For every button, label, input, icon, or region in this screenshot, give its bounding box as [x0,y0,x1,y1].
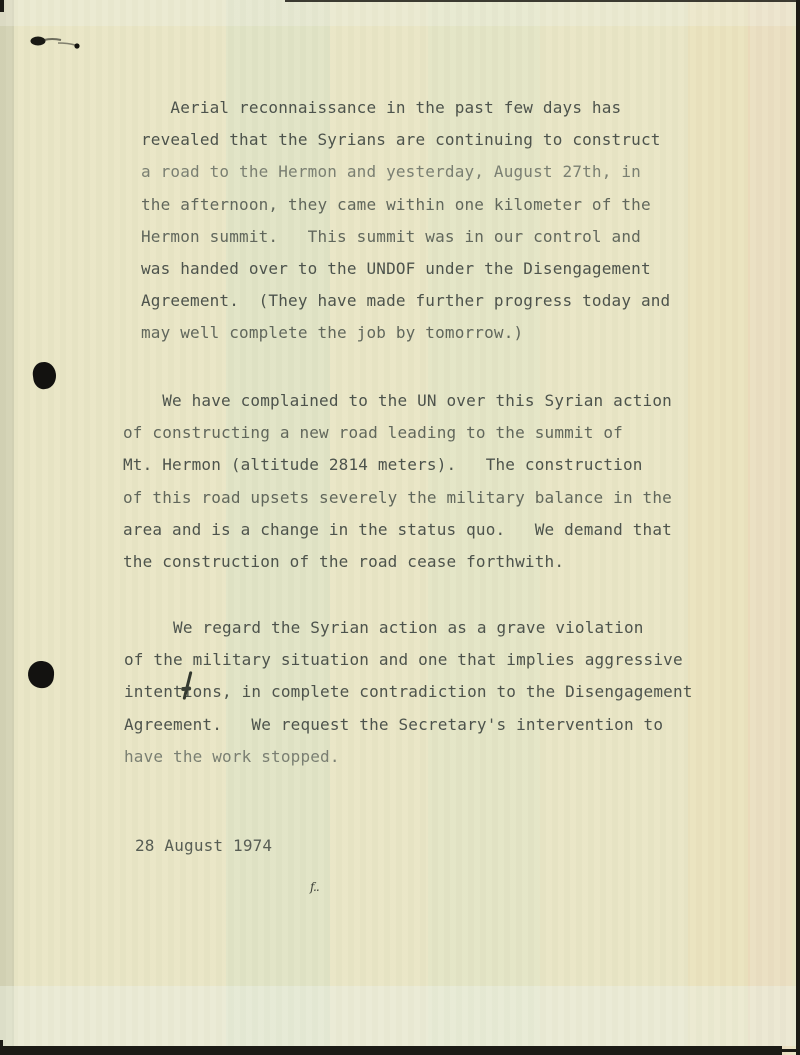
text-line: area and is a change in the status quo. … [123,514,672,546]
ink-smudge [30,33,85,55]
text-line: Hermon summit. This summit was in our co… [141,221,670,253]
scanned-document-page: Aerial reconnaissance in the past few da… [0,0,800,1055]
paper-tint-band [748,0,792,1055]
paper-tint-band [0,986,800,1046]
text-line: have the work stopped. [124,741,693,773]
text-line: Agreement. (They have made further progr… [141,285,670,317]
paper-tint-band [0,0,800,26]
scan-edge-bottom-left [0,1040,3,1055]
text-line: a road to the Hermon and yesterday, Augu… [141,156,670,188]
text-line: of this road upsets severely the militar… [123,482,672,514]
text-line: We have complained to the UN over this S… [123,385,672,417]
paragraph-grave-violation: We regard the Syrian action as a grave v… [124,612,693,773]
text-line: Aerial reconnaissance in the past few da… [141,92,670,124]
text-line: was handed over to the UNDOF under the D… [141,253,670,285]
scan-edge-right [796,0,800,1055]
hole-punch-top [31,361,58,391]
text-line: Agreement. We request the Secretary's in… [124,709,693,741]
paper-tint-band [688,0,750,1055]
text-line: of the military situation and one that i… [124,644,693,676]
paper-tint-band [0,0,14,1055]
scan-edge-top-left [0,0,4,12]
scan-edge-bottom-tail [782,1049,800,1052]
footnote-mark: f.. [310,880,319,894]
paragraph-un-complaint: We have complained to the UN over this S… [123,385,672,578]
text-line: Mt. Hermon (altitude 2814 meters). The c… [123,449,672,481]
text-line: revealed that the Syrians are continuing… [141,124,670,156]
text-line: the construction of the road cease forth… [123,546,672,578]
date-line: 28 August 1974 [135,836,272,856]
text-line: of constructing a new road leading to th… [123,417,672,449]
scan-edge-bottom [0,1046,782,1055]
text-line: We regard the Syrian action as a grave v… [124,612,693,644]
paragraph-aerial-reconnaissance: Aerial reconnaissance in the past few da… [141,92,670,350]
text-line: may well complete the job by tomorrow.) [141,317,670,349]
text-line: the afternoon, they came within one kilo… [141,189,670,221]
hole-punch-bottom [27,660,56,690]
text-line: intentions, in complete contradiction to… [124,676,693,708]
scan-edge-top [285,0,800,2]
